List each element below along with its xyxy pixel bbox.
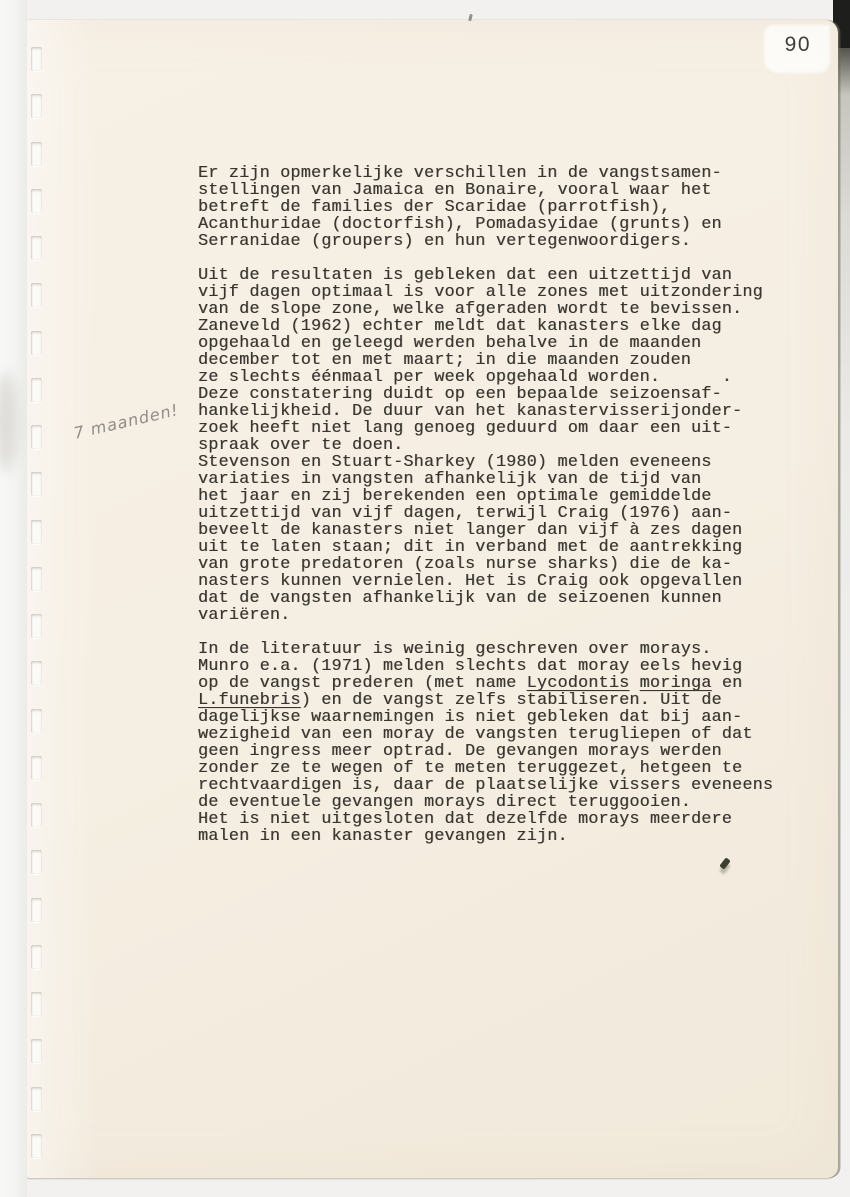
- binding-hole: [31, 94, 42, 118]
- binding-hole: [31, 709, 42, 733]
- binding-hole: [31, 1039, 42, 1063]
- binding-hole: [31, 142, 42, 166]
- binding-hole: [31, 236, 42, 260]
- typewritten-text: Er zijn opmerkelijke verschillen in de v…: [198, 165, 773, 862]
- binding-hole: [31, 614, 42, 638]
- binding-hole: [31, 283, 42, 307]
- binding-hole: [31, 425, 42, 449]
- scan-right-shade: [836, 0, 850, 1100]
- binding-hole: [31, 47, 42, 71]
- binding-hole: [31, 331, 42, 355]
- binding-hole: [31, 189, 42, 213]
- binding-hole: [31, 992, 42, 1016]
- binding-hole: [31, 945, 42, 969]
- binding-hole: [31, 1087, 42, 1111]
- scanned-document: 90 Er zijn opmerkelijke verschillen in d…: [0, 0, 850, 1197]
- binding-hole: [31, 1134, 42, 1158]
- binding-hole: [31, 472, 42, 496]
- page-number: 90: [785, 33, 811, 57]
- binding-hole: [31, 520, 42, 544]
- binding-hole: [31, 898, 42, 922]
- binding-hole: [31, 378, 42, 402]
- scanner-left-strip: [0, 0, 27, 1197]
- binding-hole: [31, 850, 42, 874]
- paragraph: In de literatuur is weinig geschreven ov…: [198, 641, 773, 845]
- binding-hole: [31, 756, 42, 780]
- binding-hole: [31, 661, 42, 685]
- binding-hole: [31, 567, 42, 591]
- binding-hole: [31, 803, 42, 827]
- paragraph: Er zijn opmerkelijke verschillen in de v…: [198, 165, 773, 250]
- paragraph: Uit de resultaten is gebleken dat een ui…: [198, 267, 773, 624]
